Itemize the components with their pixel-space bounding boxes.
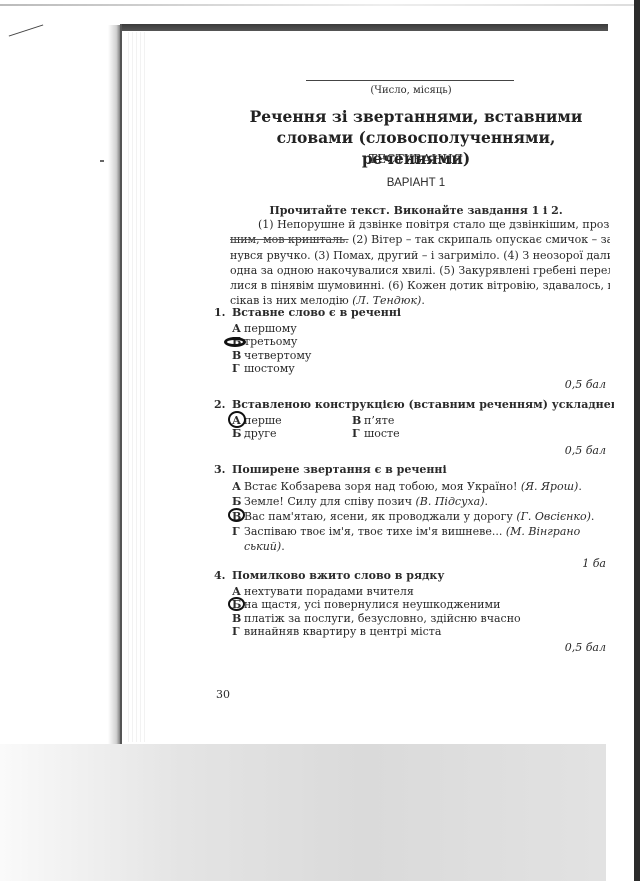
answer-circle-mark: В — [232, 509, 244, 524]
scan-speck — [100, 160, 104, 162]
option-b-selected[interactable]: Бна щастя, усі повернулися неушкодженими — [214, 598, 614, 611]
page-number: 30 — [216, 688, 230, 701]
question-text: Вставленою конструкцією (вставним реченн… — [232, 398, 614, 411]
passage-line: нувся рвучко. (3) Помах, другий – і загр… — [230, 248, 610, 263]
passage-line: одна за одною накочувалися хвилі. (5) За… — [230, 263, 610, 278]
passage-line: лися в пінявім шумовинні. (6) Кожен доти… — [230, 278, 610, 293]
passage-line: шим, мов кришталь. (2) Вітер – так скрип… — [230, 232, 610, 247]
option-v[interactable]: Вплатіж за послуги, безусловно, здійсню … — [214, 612, 614, 625]
option-a[interactable]: Апершому — [214, 322, 614, 335]
option-v-selected[interactable]: ВВас пам'ятаю, ясени, як проводжали у до… — [214, 509, 614, 524]
option-g[interactable]: ГЗаспіваю твоє ім'я, твоє тихе ім'я вишн… — [214, 524, 614, 539]
date-label: (Число, місяць) — [306, 85, 516, 96]
pen-mark — [9, 24, 44, 36]
page-stack-edges — [128, 32, 148, 742]
answer-circle-mark: А — [232, 414, 244, 427]
question-2: 2.Вставленою конструкцією (вставним рече… — [214, 398, 614, 458]
question-3: 3.Поширене звертання є в реченні АВстає … — [214, 463, 614, 571]
scan-edge-right — [634, 0, 640, 881]
option-b[interactable]: БЗемле! Силу для співу позич (В. Підсуха… — [214, 494, 614, 509]
option-v[interactable]: Вп’яте — [352, 414, 512, 427]
score-label: 0,5 бал — [214, 641, 614, 655]
question-text: Вставне слово є в реченні — [232, 306, 401, 319]
option-g[interactable]: Гвинайняв квартиру в центрі міста — [214, 625, 614, 638]
score-label: 0,5 бал — [214, 444, 614, 458]
reading-passage: (1) Непорушне й дзвінке повітря стало ще… — [230, 217, 610, 309]
passage-line: (1) Непорушне й дзвінке повітря стало ще… — [230, 217, 610, 232]
option-b[interactable]: Бдруге — [232, 427, 352, 440]
option-g[interactable]: Гшосте — [352, 427, 512, 440]
option-a[interactable]: Анехтувати порадами вчителя — [214, 585, 614, 598]
question-4: 4.Помилково вжито слово в рядку Анехтува… — [214, 569, 614, 655]
option-g-continuation: ський). — [214, 539, 614, 554]
scan-shadow-bottom — [0, 744, 606, 881]
variant-label: ВАРІАНТ 1 — [232, 177, 600, 189]
option-a[interactable]: АВстає Кобзарева зоря над тобою, моя Укр… — [214, 479, 614, 494]
scan-edge-top — [0, 4, 640, 6]
answer-circle-mark: Б — [232, 335, 244, 348]
question-text: Помилково вжито слово в рядку — [232, 569, 444, 582]
title-line-1: Речення зі звертаннями, вставними — [232, 106, 600, 127]
date-input-line[interactable] — [306, 80, 514, 81]
score-label: 0,5 бал — [214, 378, 614, 392]
option-v[interactable]: Вчетвертому — [214, 349, 614, 362]
option-a-selected[interactable]: Аперше — [232, 414, 352, 427]
question-text: Поширене звертання є в реченні — [232, 463, 447, 476]
option-g[interactable]: Гшостому — [214, 362, 614, 375]
options-grid: Аперше Вп’яте Бдруге Гшосте — [214, 414, 614, 441]
option-b-selected[interactable]: Бтретьому — [214, 335, 614, 348]
answer-circle-mark: Б — [232, 598, 244, 611]
question-1: 1.Вставне слово є в реченні Апершому Бтр… — [214, 306, 614, 392]
test-subtitle: ТЕСТУВАННЯ — [232, 152, 600, 166]
instruction-text: Прочитайте текст. Виконайте завдання 1 і… — [232, 204, 600, 217]
page-top-edge — [122, 24, 608, 31]
